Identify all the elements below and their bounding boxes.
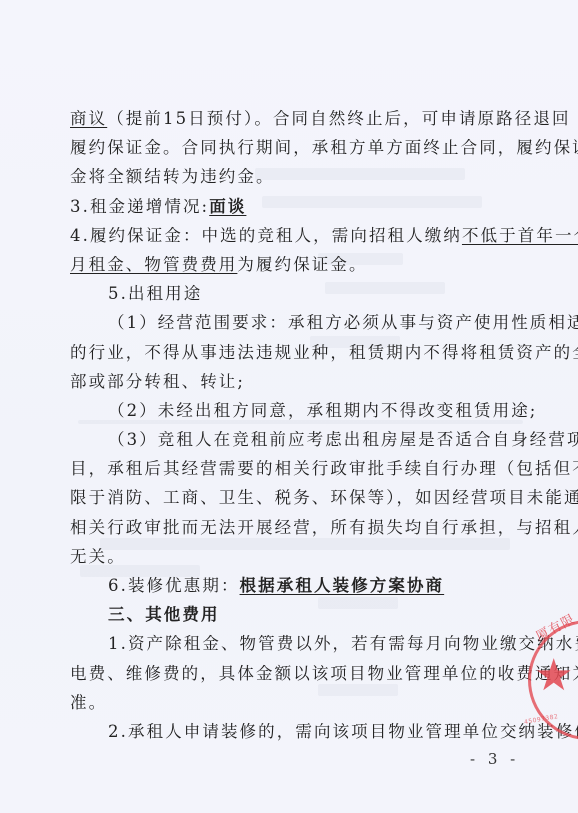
text-line: 月租金、物管费费用为履约保证金。 — [70, 250, 502, 279]
text-segment: 5.出租用途 — [108, 284, 202, 303]
text-segment: 电费、维修费的，具体金额以该项目物业管理单位的收费通知为 — [70, 664, 578, 683]
text-segment: 的行业，不得从事违法违规业种，租赁期内不得将租赁资产的全 — [70, 343, 578, 362]
text-line: 2.承租人申请装修的，需向该项目物业管理单位交纳装修保 — [70, 717, 502, 746]
document-body: 商议（提前15日预付）。合同自然终止后，可申请原路径退回履约保证金。合同执行期间… — [70, 104, 502, 746]
text-line: 三、其他费用 — [70, 600, 502, 629]
text-line: （3）竞租人在竞租前应考虑出租房屋是否适合自身经营项 — [70, 425, 502, 454]
text-segment: 金将全额结转为违约金。 — [70, 167, 275, 186]
text-line: 相关行政审批而无法开展经营，所有损失均自行承担，与招租人 — [70, 513, 502, 542]
text-line: 准。 — [70, 688, 502, 717]
text-line: （1）经营范围要求：承租方必须从事与资产使用性质相适应 — [70, 308, 502, 337]
text-segment: 6.装修优惠期： — [108, 576, 240, 595]
text-segment: 目，承租后其经营需要的相关行政审批手续自行办理（包括但不 — [70, 459, 578, 478]
text-line: （2）未经出租方同意，承租期内不得改变租赁用途; — [70, 396, 502, 425]
text-segment: 3.租金递增情况: — [70, 197, 209, 216]
text-line: 电费、维修费的，具体金额以该项目物业管理单位的收费通知为 — [70, 659, 502, 688]
text-segment: 4.履约保证金：中选的竞租人，需向招租人缴纳 — [70, 226, 462, 245]
text-segment: （3）竞租人在竞租前应考虑出租房屋是否适合自身经营项 — [108, 430, 578, 449]
document-page: 商议（提前15日预付）。合同自然终止后，可申请原路径退回履约保证金。合同执行期间… — [0, 0, 578, 813]
text-segment: （1）经营范围要求：承租方必须从事与资产使用性质相适应 — [108, 313, 578, 332]
text-line: 5.出租用途 — [70, 279, 502, 308]
underlined-text: 月租金、物管费费用 — [70, 255, 237, 274]
underlined-text: 根据承租人装修方案协商 — [240, 576, 445, 595]
text-line: 限于消防、工商、卫生、税务、环保等），如因经营项目未能通过 — [70, 483, 502, 512]
text-segment: 为履约保证金。 — [237, 255, 367, 274]
text-line: 6.装修优惠期：根据承租人装修方案协商 — [70, 571, 502, 600]
text-segment: 履约保证金。合同执行期间，承租方单方面终止合同，履约保证 — [70, 138, 578, 157]
text-segment: （提前15日预付）。合同自然终止后，可申请原路径退回 — [107, 109, 570, 128]
text-line: 4.履约保证金：中选的竞租人，需向招租人缴纳不低于首年一个 — [70, 221, 502, 250]
underlined-text: 面谈 — [209, 197, 246, 216]
text-segment: 准。 — [70, 693, 107, 712]
text-line: 商议（提前15日预付）。合同自然终止后，可申请原路径退回 — [70, 104, 502, 133]
text-segment: 限于消防、工商、卫生、税务、环保等），如因经营项目未能通过 — [70, 488, 578, 507]
text-line: 目，承租后其经营需要的相关行政审批手续自行办理（包括但不 — [70, 454, 502, 483]
text-segment: 2.承租人申请装修的，需向该项目物业管理单位交纳装修保 — [108, 722, 578, 741]
text-segment: 部或部分转租、转让; — [70, 372, 245, 391]
text-line: 1.资产除租金、物管费以外，若有需每月向物业缴交纳水费、 — [70, 629, 502, 658]
underlined-text: 商议 — [70, 109, 107, 128]
text-segment: 相关行政审批而无法开展经营，所有损失均自行承担，与招租人 — [70, 518, 578, 537]
text-segment: 无关。 — [70, 547, 126, 566]
seal-star-icon: ★ — [534, 654, 573, 698]
text-segment: （2）未经出租方同意，承租期内不得改变租赁用途; — [108, 401, 537, 420]
text-segment: 三、其他费用 — [108, 605, 220, 624]
text-line: 履约保证金。合同执行期间，承租方单方面终止合同，履约保证 — [70, 133, 502, 162]
text-line: 无关。 — [70, 542, 502, 571]
text-line: 3.租金递增情况:面谈 — [70, 192, 502, 221]
text-line: 的行业，不得从事违法违规业种，租赁期内不得将租赁资产的全 — [70, 338, 502, 367]
page-number: - 3 - — [470, 750, 519, 768]
text-line: 部或部分转租、转让; — [70, 367, 502, 396]
text-line: 金将全额结转为违约金。 — [70, 162, 502, 191]
underlined-text: 不低于首年一个 — [462, 226, 578, 245]
text-segment: 1.资产除租金、物管费以外，若有需每月向物业缴交纳水费、 — [108, 634, 578, 653]
